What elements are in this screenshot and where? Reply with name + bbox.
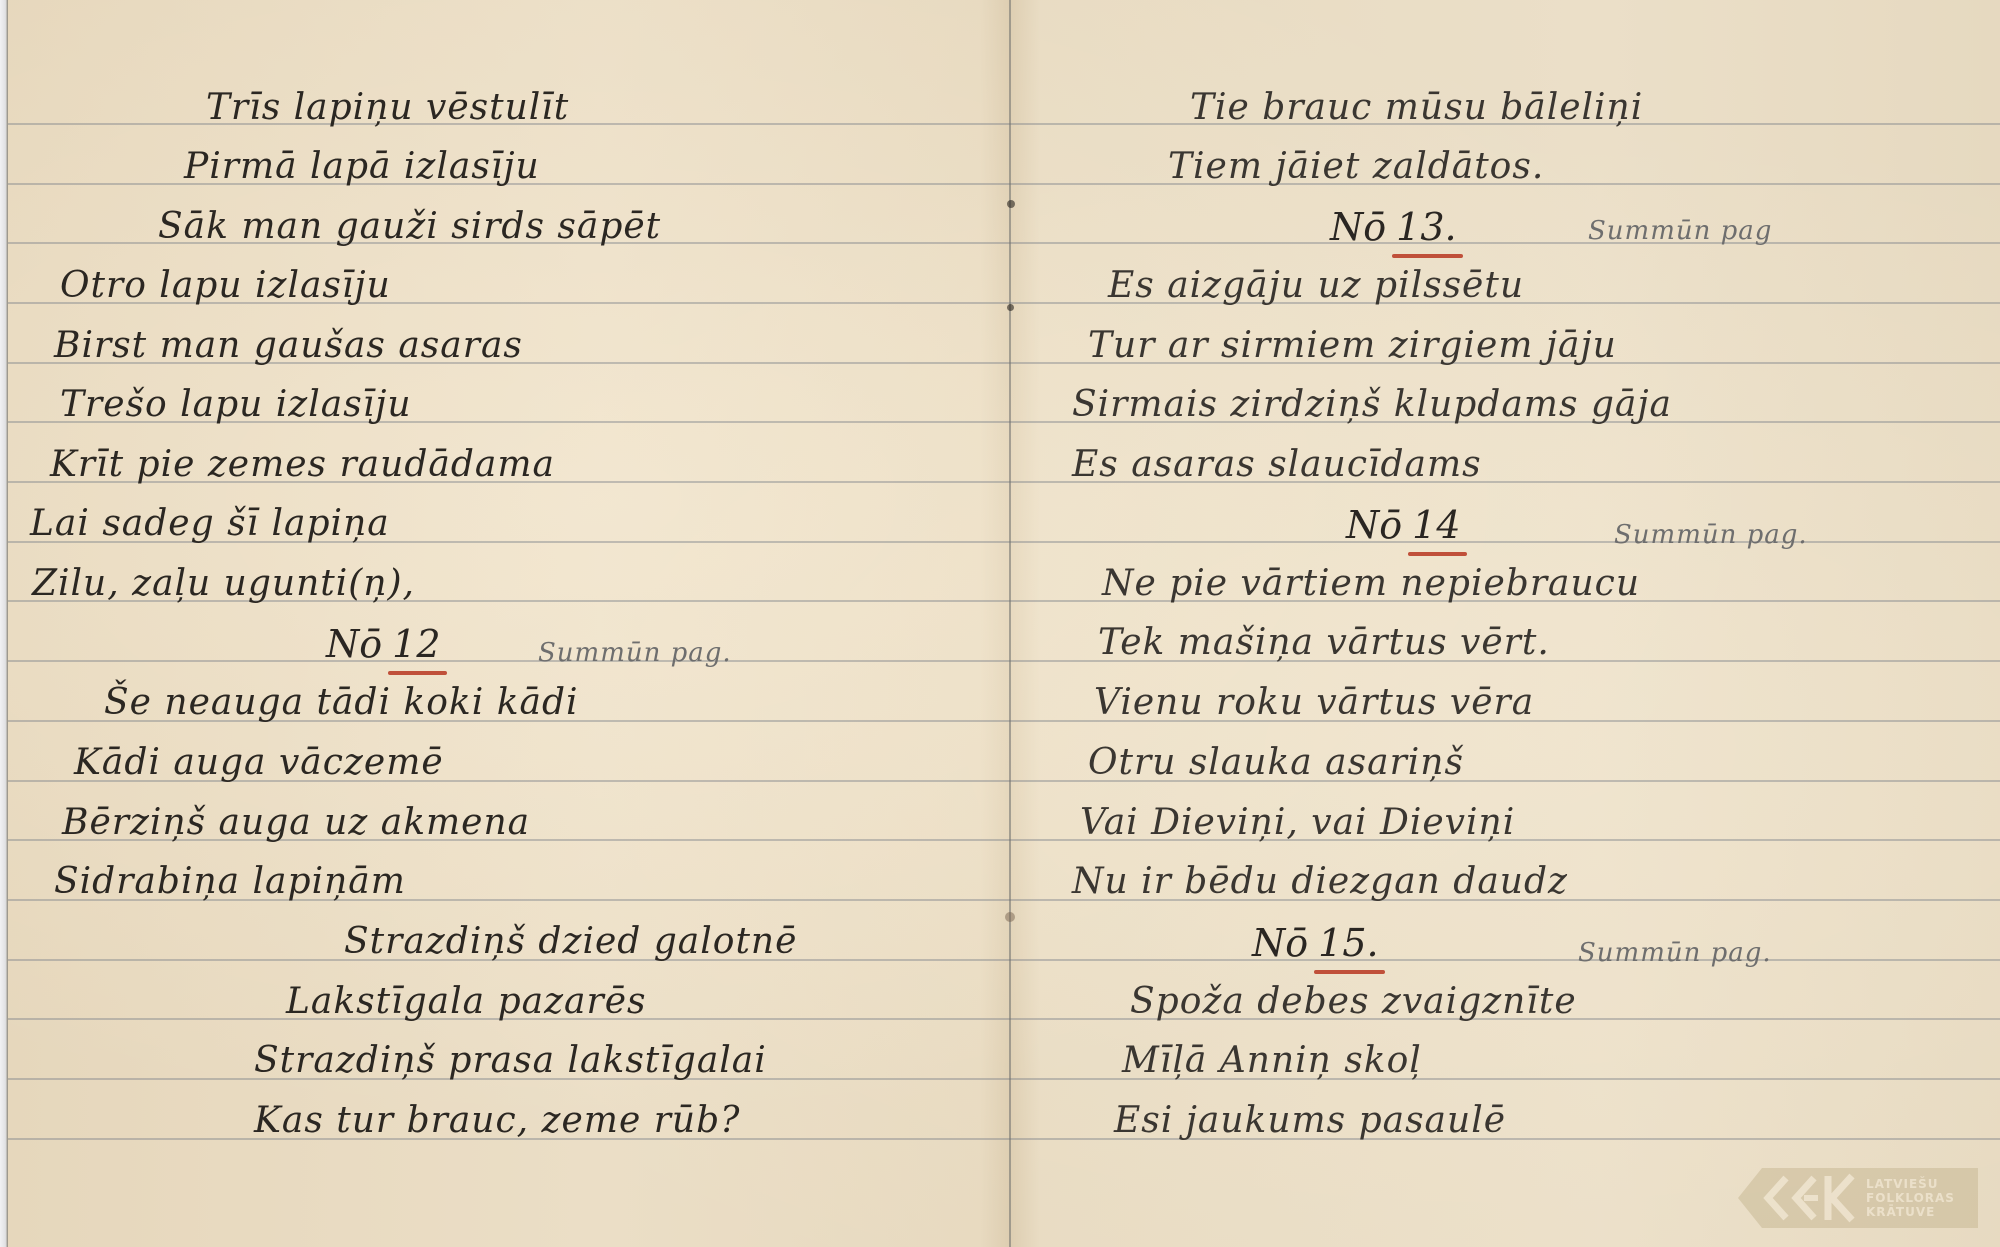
- number-value: 13.: [1396, 208, 1456, 246]
- number-prefix: Nō: [1252, 921, 1308, 965]
- logo-badge: LATVIEŠU FOLKLORAS KRĀTUVE: [1738, 1168, 1978, 1228]
- pencil-note: Summūn pag.: [538, 640, 732, 666]
- poem-line: Tek mašiņa vārtus vērt.: [1098, 625, 1550, 661]
- poem-line: Es asaras slaucīdams: [1072, 447, 1482, 483]
- poem-number-13: Nō13.: [1330, 208, 1457, 246]
- poem-line: Sidrabiņa lapiņām: [54, 864, 406, 900]
- poem-number-14: Nō14: [1346, 506, 1461, 544]
- poem-line: Vienu roku vārtus vēra: [1094, 685, 1534, 721]
- number-prefix: Nō: [1330, 205, 1386, 249]
- poem-line: Sirmais zirdziņš klupdams gāja: [1072, 387, 1672, 423]
- poem-line: Otro lapu izlasīju: [60, 268, 391, 304]
- poem-line: Spoža debes zvaigznīte: [1130, 984, 1577, 1020]
- lfk-mark-icon: [1756, 1168, 1866, 1228]
- poem-line: Otru slauka asariņš: [1088, 745, 1464, 781]
- poem-line: Ne pie vārtiem nepiebraucu: [1102, 566, 1640, 602]
- scan-left-edge: [0, 0, 8, 1247]
- poem-line: Bērziņš auga uz akmena: [62, 805, 530, 841]
- poem-line: Birst man gaušas asaras: [54, 328, 523, 364]
- poem-line: Še neauga tādi koki kādi: [104, 685, 579, 721]
- logo-text-line: KRĀTUVE: [1866, 1205, 1955, 1219]
- archive-logo: LATVIEŠU FOLKLORAS KRĀTUVE: [1738, 1165, 1978, 1231]
- poem-line: Es aizgāju uz pilssētu: [1108, 268, 1524, 304]
- pencil-note: Summūn pag.: [1578, 940, 1772, 966]
- poem-line: Vai Dieviņi, vai Dieviņi: [1080, 805, 1515, 841]
- number-value: 12: [392, 625, 440, 663]
- poem-line: Krīt pie zemes raudādama: [50, 447, 555, 483]
- poem-line: Nu ir bēdu diezgan daudz: [1072, 864, 1568, 900]
- number-value: 15.: [1318, 924, 1378, 962]
- poem-line: Kas tur brauc, zeme rūb?: [254, 1103, 740, 1139]
- logo-text-line: FOLKLORAS: [1866, 1191, 1955, 1205]
- poem-line: Pirmā lapā izlasīju: [184, 149, 540, 185]
- poem-line: Tie brauc mūsu bāleliņi: [1190, 90, 1643, 126]
- poem-line: Esi jaukums pasaulē: [1114, 1103, 1506, 1139]
- pencil-note: Summūn pag.: [1614, 522, 1808, 548]
- poem-number-12: Nō12: [326, 625, 441, 663]
- right-page: Tie brauc mūsu bāleliņi Tiem jāiet zaldā…: [1012, 0, 2000, 1247]
- pencil-note: Summūn pag: [1588, 218, 1772, 244]
- poem-line: Tur ar sirmiem zirgiem jāju: [1088, 328, 1617, 364]
- poem-line: Strazdiņš prasa lakstīgalai: [254, 1043, 767, 1079]
- logo-text: LATVIEŠU FOLKLORAS KRĀTUVE: [1866, 1177, 1955, 1219]
- number-prefix: Nō: [326, 622, 382, 666]
- poem-number-15: Nō15.: [1252, 924, 1379, 962]
- left-page: Trīs lapiņu vēstulīt Pirmā lapā izlasīju…: [8, 0, 1008, 1247]
- poem-line: Mīļā Anniņ skoļ: [1122, 1043, 1422, 1079]
- number-prefix: Nō: [1346, 503, 1402, 547]
- poem-line: Zilu, zaļu ugunti(ņ),: [32, 566, 415, 602]
- poem-line: Sāk man gauži sirds sāpēt: [158, 209, 661, 245]
- poem-line: Trešo lapu izlasīju: [60, 387, 412, 423]
- poem-line: Trīs lapiņu vēstulīt: [206, 90, 569, 126]
- logo-text-line: LATVIEŠU: [1866, 1177, 1955, 1191]
- poem-line: Lakstīgala pazarēs: [286, 984, 647, 1020]
- poem-line: Tiem jāiet zaldātos.: [1168, 149, 1544, 185]
- number-value: 14: [1412, 506, 1460, 544]
- poem-line: Strazdiņš dzied galotnē: [344, 924, 797, 960]
- notebook-spine: [1009, 0, 1011, 1247]
- poem-line: Lai sadeg šī lapiņa: [30, 506, 390, 542]
- poem-line: Kādi auga vāczemē: [74, 745, 444, 781]
